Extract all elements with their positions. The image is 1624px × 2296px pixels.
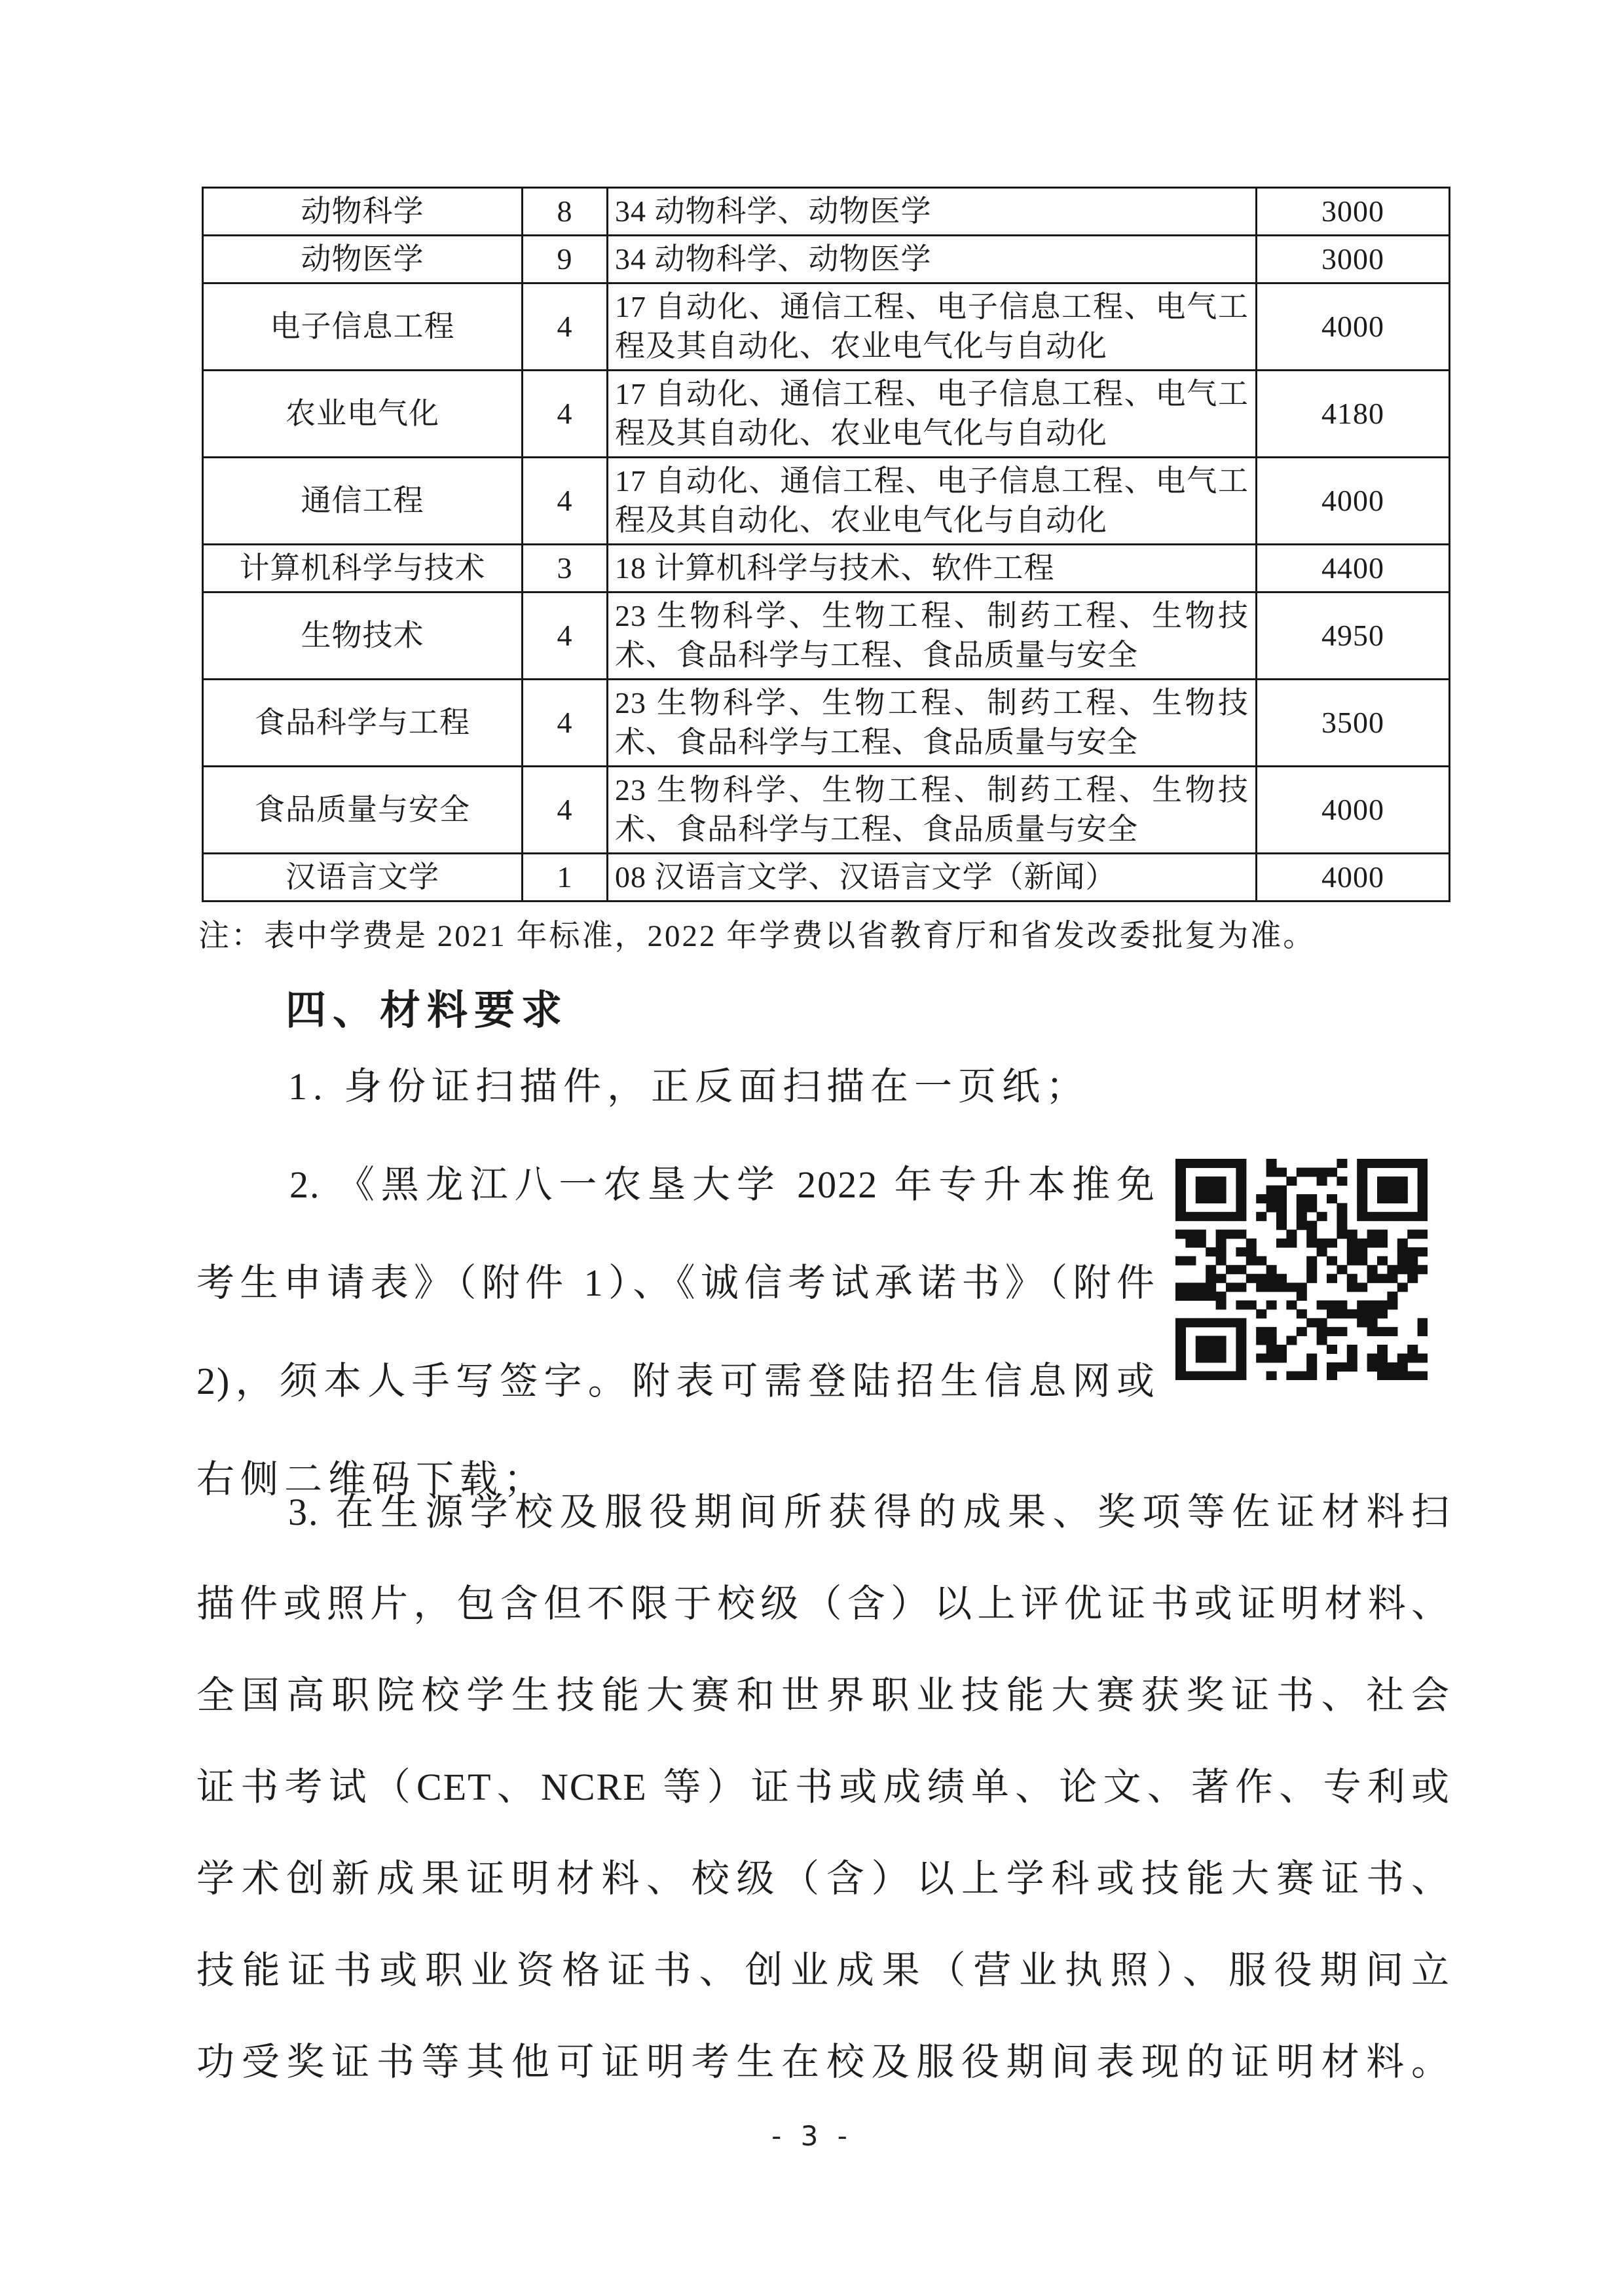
table-cell-accepted: 34 动物科学、动物医学 [608, 188, 1257, 236]
table-cell-major: 计算机科学与技术 [203, 545, 523, 592]
page-number: - 3 - [0, 2120, 1624, 2152]
fee-table: 动物科学834 动物科学、动物医学3000动物医学934 动物科学、动物医学30… [202, 187, 1450, 902]
table-cell-count: 4 [523, 283, 608, 371]
table-cell-fee: 4180 [1257, 371, 1450, 458]
table-cell-major: 汉语言文学 [203, 854, 523, 902]
table-cell-accepted: 18 计算机科学与技术、软件工程 [608, 545, 1257, 592]
item-3-line: 证书考试（CET、NCRE 等）证书或成绩单、论文、著作、专利或 [196, 1741, 1450, 1833]
item-2-line: 2)，须本人手写签字。附表可需登陆招生信息网或 [196, 1332, 1156, 1430]
table-row: 生物技术423 生物科学、生物工程、制药工程、生物技术、食品科学与工程、食品质量… [203, 592, 1450, 680]
fee-table-body: 动物科学834 动物科学、动物医学3000动物医学934 动物科学、动物医学30… [203, 188, 1450, 902]
table-cell-count: 4 [523, 371, 608, 458]
table-cell-accepted: 17 自动化、通信工程、电子信息工程、电气工程及其自动化、农业电气化与自动化 [608, 371, 1257, 458]
item-3-line: 全国高职院校学生技能大赛和世界职业技能大赛获奖证书、社会 [196, 1650, 1450, 1741]
table-cell-major: 生物技术 [203, 592, 523, 680]
item-3-line: 学术创新成果证明材料、校级（含）以上学科或技能大赛证书、 [196, 1833, 1450, 1925]
table-cell-accepted: 17 自动化、通信工程、电子信息工程、电气工程及其自动化、农业电气化与自动化 [608, 458, 1257, 545]
item-2-line: 考生申请表》（附件 1）、《诚信考试承诺书》（附件 [196, 1234, 1156, 1332]
table-cell-fee: 4000 [1257, 458, 1450, 545]
table-cell-count: 4 [523, 592, 608, 680]
table-cell-major: 通信工程 [203, 458, 523, 545]
table-row: 电子信息工程417 自动化、通信工程、电子信息工程、电气工程及其自动化、农业电气… [203, 283, 1450, 371]
table-cell-fee: 3000 [1257, 236, 1450, 283]
table-cell-accepted: 23 生物科学、生物工程、制药工程、生物技术、食品科学与工程、食品质量与安全 [608, 680, 1257, 767]
table-cell-fee: 3000 [1257, 188, 1450, 236]
item-3-paragraph: 3. 在生源学校及服役期间所获得的成果、奖项等佐证材料扫描件或照片，包含但不限于… [196, 1467, 1450, 2108]
table-row: 食品科学与工程423 生物科学、生物工程、制药工程、生物技术、食品科学与工程、食… [203, 680, 1450, 767]
table-row: 食品质量与安全423 生物科学、生物工程、制药工程、生物技术、食品科学与工程、食… [203, 767, 1450, 854]
item-1-text: 1. 身份证扫描件，正反面扫描在一页纸； [288, 1059, 1090, 1114]
table-cell-accepted: 17 自动化、通信工程、电子信息工程、电气工程及其自动化、农业电气化与自动化 [608, 283, 1257, 371]
table-cell-fee: 4000 [1257, 854, 1450, 902]
table-row: 计算机科学与技术318 计算机科学与技术、软件工程4400 [203, 545, 1450, 592]
table-cell-major: 农业电气化 [203, 371, 523, 458]
table-row: 通信工程417 自动化、通信工程、电子信息工程、电气工程及其自动化、农业电气化与… [203, 458, 1450, 545]
table-cell-accepted: 23 生物科学、生物工程、制药工程、生物技术、食品科学与工程、食品质量与安全 [608, 592, 1257, 680]
item-3-line: 功受奖证书等其他可证明考生在校及服役期间表现的证明材料。 [196, 2016, 1450, 2108]
table-cell-count: 3 [523, 545, 608, 592]
table-cell-count: 9 [523, 236, 608, 283]
table-note: 注：表中学费是 2021 年标准，2022 年学费以省教育厅和省发改委批复为准。 [198, 915, 1462, 957]
section-heading: 四、材料要求 [286, 983, 568, 1038]
item-3-line: 技能证书或职业资格证书、创业成果（营业执照）、服役期间立 [196, 1925, 1450, 2016]
table-cell-major: 动物医学 [203, 236, 523, 283]
table-cell-count: 8 [523, 188, 608, 236]
table-cell-count: 4 [523, 680, 608, 767]
item-3-line: 3. 在生源学校及服役期间所获得的成果、奖项等佐证材料扫 [196, 1467, 1450, 1558]
table-cell-major: 电子信息工程 [203, 283, 523, 371]
table-row: 汉语言文学108 汉语言文学、汉语言文学（新闻）4000 [203, 854, 1450, 902]
table-cell-major: 动物科学 [203, 188, 523, 236]
table-cell-accepted: 23 生物科学、生物工程、制药工程、生物技术、食品科学与工程、食品质量与安全 [608, 767, 1257, 854]
table-cell-fee: 4000 [1257, 283, 1450, 371]
table-cell-count: 1 [523, 854, 608, 902]
item-3-line: 描件或照片，包含但不限于校级（含）以上评优证书或证明材料、 [196, 1558, 1450, 1650]
table-cell-accepted: 34 动物科学、动物医学 [608, 236, 1257, 283]
table-cell-fee: 4950 [1257, 592, 1450, 680]
document-page: 动物科学834 动物科学、动物医学3000动物医学934 动物科学、动物医学30… [0, 0, 1624, 2296]
table-cell-major: 食品质量与安全 [203, 767, 523, 854]
table-cell-major: 食品科学与工程 [203, 680, 523, 767]
table-row: 农业电气化417 自动化、通信工程、电子信息工程、电气工程及其自动化、农业电气化… [203, 371, 1450, 458]
table-cell-fee: 4400 [1257, 545, 1450, 592]
table-row: 动物科学834 动物科学、动物医学3000 [203, 188, 1450, 236]
table-cell-fee: 4000 [1257, 767, 1450, 854]
table-cell-fee: 3500 [1257, 680, 1450, 767]
table-row: 动物医学934 动物科学、动物医学3000 [203, 236, 1450, 283]
item-2-line: 2. 《黑龙江八一农垦大学 2022 年专升本推免 [196, 1136, 1156, 1234]
qr-code [1175, 1159, 1428, 1380]
table-cell-count: 4 [523, 458, 608, 545]
table-cell-count: 4 [523, 767, 608, 854]
table-cell-accepted: 08 汉语言文学、汉语言文学（新闻） [608, 854, 1257, 902]
